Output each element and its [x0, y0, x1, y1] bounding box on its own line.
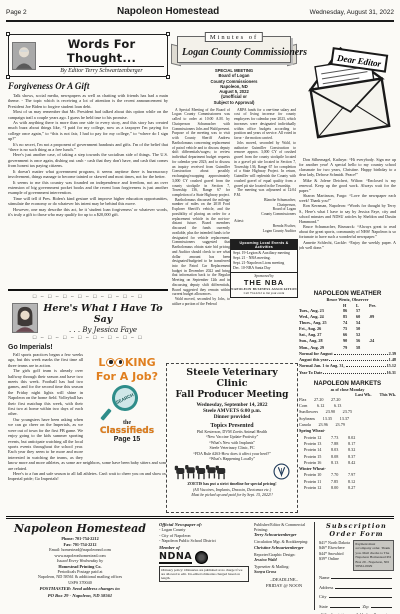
sponsor-block: Sponsored by THE NBA NAPOLEON BUSINESS A… [231, 272, 297, 297]
corner-ornament [6, 75, 10, 79]
paragraph: It's no secret, I'm not a proponent of g… [8, 142, 168, 153]
letter: Ron Kerzman, Napoleon: “Words for though… [299, 203, 396, 224]
official-newspaper-block: Official Newspaper of: - Logan County - … [159, 522, 249, 610]
event-item: Dec. 10-NBA Santa Day [233, 266, 295, 271]
column-divider [8, 289, 168, 291]
search-label: SEARCH [115, 392, 134, 405]
paragraph: Bartholomaus discussed the mileage numbe… [172, 198, 230, 297]
page-header: Page 2 Napoleon Homestead Wednesday, Aug… [6, 6, 394, 22]
staff-role: Circulation Mgr. & Bookkeeping: [254, 539, 314, 544]
newspaper-page: { "colors": { "accent_orange": "#e07f1f"… [0, 0, 400, 614]
minutes-banner: Minutes of Logan County Commissioners [177, 36, 291, 63]
letter: Sharon Martinson, Fargo: “Love the newsp… [299, 193, 396, 203]
cattle-illustration [174, 462, 226, 480]
right-column: Dear Editor Don Silbernagel, Kathryn: “H… [299, 34, 396, 491]
article-body: Talk shows, social media, newspapers as … [8, 93, 168, 286]
masthead-contact: Napoleon Homestead Phone: 701-754-2212 F… [6, 522, 154, 610]
meeting-heading: SPECIAL MEETING Board of Logan County Co… [172, 68, 296, 105]
markets-box: NAPOLEON MARKETS as of close Monday Last… [299, 380, 396, 491]
ad-event-title: Fall Producer Meeting [170, 390, 294, 400]
minutes-column-2: ARPA funds for a one-time salary and cos… [234, 108, 296, 332]
minutes-signoff: Blanche Schumacher, Chairperson, Board o… [234, 198, 296, 234]
center-column: Minutes of Logan County Commissioners SP… [172, 36, 296, 332]
paragraph: However, one may describe this act, be i… [8, 207, 168, 218]
corner-ornament [166, 75, 170, 79]
advertiser-name: Steele Veterinary Clinic [170, 367, 294, 389]
classifieds-ad: L KING For A Job? SEARCH the Classifieds… [86, 354, 168, 455]
deadline-note: –DEADLINE– FRIDAY @ NOON [254, 577, 314, 589]
masthead-rule [6, 516, 394, 519]
dear-editor-envelope: Dear Editor [299, 34, 396, 155]
column-byline: By Editor Terry Schwartzenberger [39, 66, 164, 74]
paragraph: Most of us may remember that Mr. Preside… [8, 109, 168, 120]
paragraph: ARPA funds for a one-time salary and cos… [234, 108, 296, 141]
columnist-photo [12, 303, 38, 333]
subscription-form: Subscription Order Form $41* North Dakot… [314, 522, 394, 610]
paragraph: It doesn't matter what government progra… [8, 169, 168, 180]
classifieds-page-ref: Page 15 [86, 436, 168, 443]
classifieds-label: Classifieds [86, 426, 168, 436]
subscription-title: Subscription Order Form [319, 522, 394, 538]
official-item: - Napoleon Public School District [159, 538, 249, 544]
weather-box: NAPOLEON WEATHER Bruce Wentz, Observer H… [299, 290, 396, 376]
paragraph: It seems to me this country was founded … [8, 180, 168, 196]
weather-summary: Year To Date16.31 [299, 370, 396, 376]
corner-ornament [166, 32, 170, 36]
form-field-state-zip: StateZip [319, 603, 394, 609]
ndna-logo: NDNA [159, 551, 192, 564]
editor-photo [12, 42, 36, 70]
letters-to-editor: Don Silbernagel, Kathryn: “Hi everybody.… [299, 157, 396, 287]
paragraph: Time will tell if Pres. Biden's kind ges… [8, 196, 168, 207]
markets-title: NAPOLEON MARKETS [299, 380, 396, 387]
letter: Don Silbernagel, Kathryn: “Hi everybody.… [299, 157, 396, 178]
veterinary-clinic-seal [273, 463, 290, 480]
events-title: Upcoming Local Events & Activities [231, 240, 297, 250]
magnifier-handle [100, 408, 111, 421]
paragraph: Here's to a fun and safe season to all f… [8, 471, 168, 482]
ad-line: For A Job? [86, 370, 168, 383]
upcoming-events-box: Upcoming Local Events & Activities Sept.… [230, 239, 298, 299]
staff-list: Publisher/Editor & Commercial Printing: … [254, 522, 314, 610]
looking-eyes [115, 358, 124, 367]
staff-name: Terry Schwartzenberger [254, 532, 314, 538]
ad-fineprint: ZOETIS has put a strict timeline for spe… [170, 481, 294, 486]
masthead: Napoleon Homestead Phone: 701-754-2212 F… [6, 522, 394, 610]
payment-note: Payment must accompany order. Thank you.… [353, 540, 394, 571]
masthead-name: Napoleon Homestead [6, 522, 154, 536]
postmaster-address: PO Box 29 - Napoleon, ND 58561 [6, 593, 154, 599]
issue-date: Wednesday, August 31, 2022 [310, 9, 394, 16]
looking-word-start: L [98, 356, 105, 369]
obituary-policy: Obituary policy: Obituaries are publishe… [159, 566, 249, 583]
article-body: L KING For A Job? SEARCH the Classifieds… [8, 352, 168, 514]
words-for-thought-header: Words For Thought... By Editor Terry Sch… [8, 34, 168, 77]
subscription-rates: $41* North Dakota $46* Elsewhere $44* Sn… [319, 540, 350, 571]
paragraph: Johs moved, seconded by Wald, to authori… [234, 141, 296, 188]
ad-event-dinner: Dinner provided [170, 414, 294, 420]
nba-logo-text: THE NBA [231, 278, 297, 287]
letter: Mike & Jolene Deichert, Wilton: “Enclose… [299, 178, 396, 193]
decorative-border-bottom: □ ~ □ ~ □ ~ □ ~ □ ~ □ ~ □ ~ □ [8, 336, 168, 342]
paragraph: The meeting was adjourned at 12:04 P.M. [234, 188, 296, 197]
column-title: Here's What I Have To Say [42, 303, 164, 325]
left-column: Words For Thought... By Editor Terry Sch… [8, 34, 168, 514]
page-number: Page 2 [6, 9, 27, 16]
paragraph: Wald moved, seconded by Johs, to utilize… [172, 297, 230, 306]
banner-kicker: Minutes of [205, 32, 263, 42]
ad-fineprint: Must be picked up and paid for by Sept. … [170, 492, 294, 497]
corner-ornament [6, 32, 10, 36]
letter: Bruce Schumacher, Bismarck: “Always grea… [299, 224, 396, 239]
staff-name: Jessica Wald [254, 557, 314, 563]
weather-observer: Bruce Wentz, Observer [299, 297, 396, 302]
form-field-city: City [319, 593, 394, 599]
letter: Annette Schlecht, Gackle: “Enjoy the wee… [299, 240, 396, 250]
article-headline: Go Imperials! [8, 344, 168, 351]
form-field-name: Name [319, 574, 394, 580]
article-headline: Forgiveness Or A Gift [8, 81, 168, 91]
staff-name: Sonya Gross [254, 569, 314, 575]
paragraph: Talk shows, social media, newspapers as … [8, 93, 168, 109]
column-title: Words For Thought... [39, 37, 164, 65]
newspaper-title: Napoleon Homestead [117, 6, 219, 17]
looking-eyes [106, 358, 115, 367]
market-row: Protein 128.008.27 [299, 485, 396, 491]
steele-vet-ad: Steele Veterinary Clinic Fall Producer M… [166, 363, 298, 513]
staff-name: Christine Schwartzenberger [254, 545, 314, 551]
form-field-address: Address [319, 584, 394, 590]
minutes-column-1: A Special Meeting of the Board of Logan … [172, 108, 230, 332]
column-byline: . . . By Jessica Faye [42, 326, 164, 334]
postmaster-note: POSTMASTER: Send address changes to: [6, 586, 154, 592]
weather-title: NAPOLEON WEATHER [299, 290, 396, 297]
ndna-member-seal [195, 551, 208, 564]
minutes-body: A Special Meeting of the Board of Logan … [172, 108, 296, 332]
staff-role: Publisher/Editor & Commercial Printing: [254, 522, 314, 532]
banner-title: Logan County Commissioners [182, 47, 286, 58]
paragraph: Here's just another case, of taking a st… [8, 152, 168, 168]
search-magnifier: SEARCH [109, 382, 142, 415]
looking-word-end: KING [125, 356, 156, 369]
paragraph: A Special Meeting of the Board of Logan … [172, 108, 230, 198]
paragraph: As with anything there is more than one … [8, 120, 168, 142]
heres-what-i-have-to-say-header: □ ~ □ ~ □ ~ □ ~ □ ~ □ ~ □ ~ □ Here's Wha… [8, 295, 168, 341]
